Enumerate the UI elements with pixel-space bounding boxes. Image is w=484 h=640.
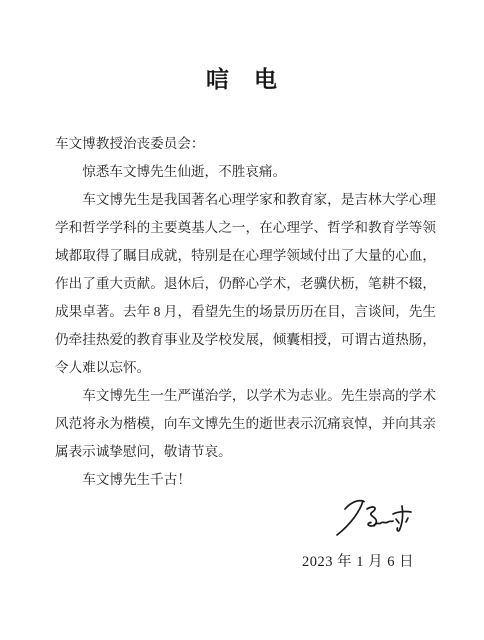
handwritten-signature-icon (333, 494, 429, 548)
page-title: 唁 电 (0, 61, 484, 94)
condolence-letter-page: 唁 电 车文博教授治丧委员会： 惊悉车文博先生仙逝，不胜哀痛。 车文博先生是我国… (0, 0, 484, 640)
salutation: 车文博教授治丧委员会： (55, 130, 436, 158)
letter-date: 2023 年 1 月 6 日 (302, 550, 414, 571)
paragraph-opening: 惊悉车文博先生仙逝，不胜哀痛。 (55, 158, 436, 186)
letter-body: 车文博教授治丧委员会： 惊悉车文博先生仙逝，不胜哀痛。 车文博先生是我国著名心理… (55, 130, 436, 494)
paragraph-tribute: 车文博先生千古！ (55, 466, 436, 494)
paragraph-condolence: 车文博先生一生严谨治学，以学术为志业。先生崇高的学术风范将永为楷模，向车文博先生… (55, 382, 436, 466)
paragraph-biography: 车文博先生是我国著名心理学家和教育家，是吉林大学心理学和哲学学科的主要奠基人之一… (55, 186, 436, 382)
